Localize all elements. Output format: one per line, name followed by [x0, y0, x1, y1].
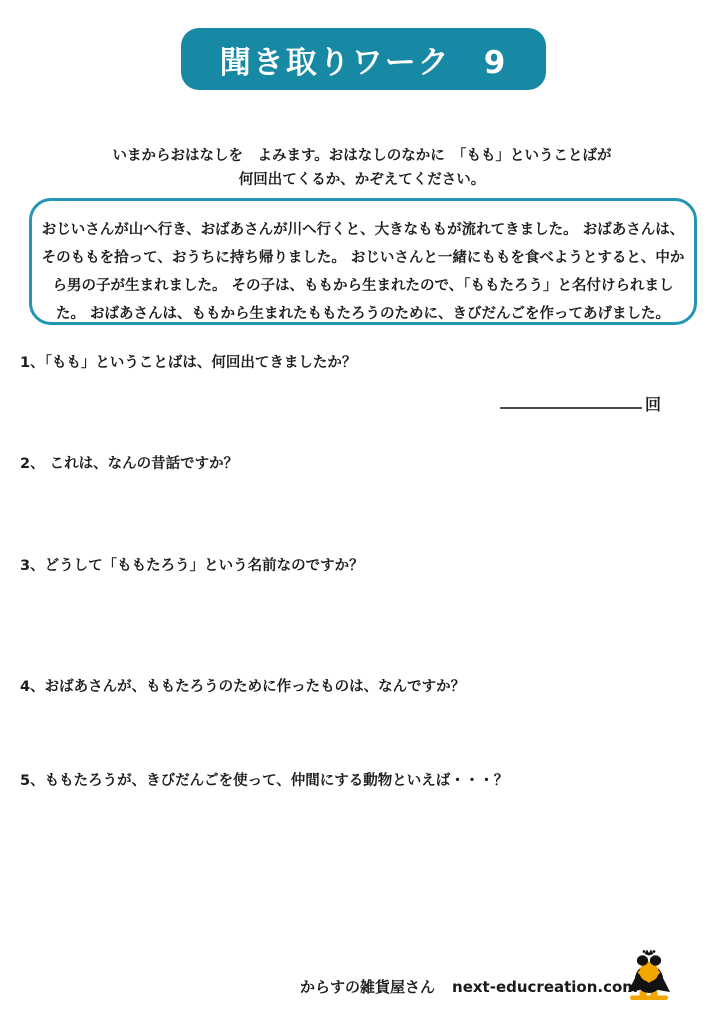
- story-line: た。 おばあさんは、ももから生まれたももたろうのために、きびだんごを作ってあげま…: [56, 300, 670, 328]
- question-2: 2、 これは、なんの昔話ですか？: [20, 452, 238, 473]
- footer-site-url: next-educreation.com: [452, 978, 638, 996]
- story-line: そのももを拾って、おうちに持ち帰りました。 おじいさんと一緒にももを食べようとす…: [42, 244, 685, 272]
- footer-shop-name: からすの雑貨屋さん: [300, 976, 435, 997]
- instructions: いまからおはなしを よみます。おはなしのなかに 「もも」ということばが 何回出て…: [0, 144, 724, 192]
- instructions-line-1: いまからおはなしを よみます。おはなしのなかに 「もも」ということばが: [0, 144, 724, 168]
- question-3: 3、どうして「ももたろう」という名前なのですか？: [20, 554, 364, 575]
- crow-mascot-icon: [626, 948, 672, 1002]
- story-line: おじいさんが山へ行き、おばあさんが川へ行くと、大きなももが流れてきました。 おば…: [42, 216, 684, 244]
- question-1: 1、「もも」ということばは、何回出てきましたか？: [20, 351, 356, 372]
- story-box: おじいさんが山へ行き、おばあさんが川へ行くと、大きなももが流れてきました。 おば…: [29, 198, 697, 325]
- answer-blank-line: [500, 387, 642, 409]
- story-line: ら男の子が生まれました。 その子は、ももから生まれたので、「ももたろう」と名付け…: [52, 272, 673, 300]
- page-title: 聞き取りワーク 9: [220, 37, 508, 82]
- worksheet-page: 聞き取りワーク 9 いまからおはなしを よみます。おはなしのなかに 「もも」とい…: [0, 0, 724, 1024]
- question-5: 5、ももたろうが、きびだんごを使って、仲間にする動物といえば・・・？: [20, 769, 508, 790]
- question-4: 4、おばあさんが、ももたろうのために作ったものは、なんですか？: [20, 675, 465, 696]
- answer-unit-label: 回: [645, 392, 661, 415]
- instructions-line-2: 何回出てくるか、かぞえてください。: [0, 168, 724, 192]
- footer: からすの雑貨屋さん next-educreation.com: [300, 976, 638, 997]
- title-banner: 聞き取りワーク 9: [181, 28, 546, 90]
